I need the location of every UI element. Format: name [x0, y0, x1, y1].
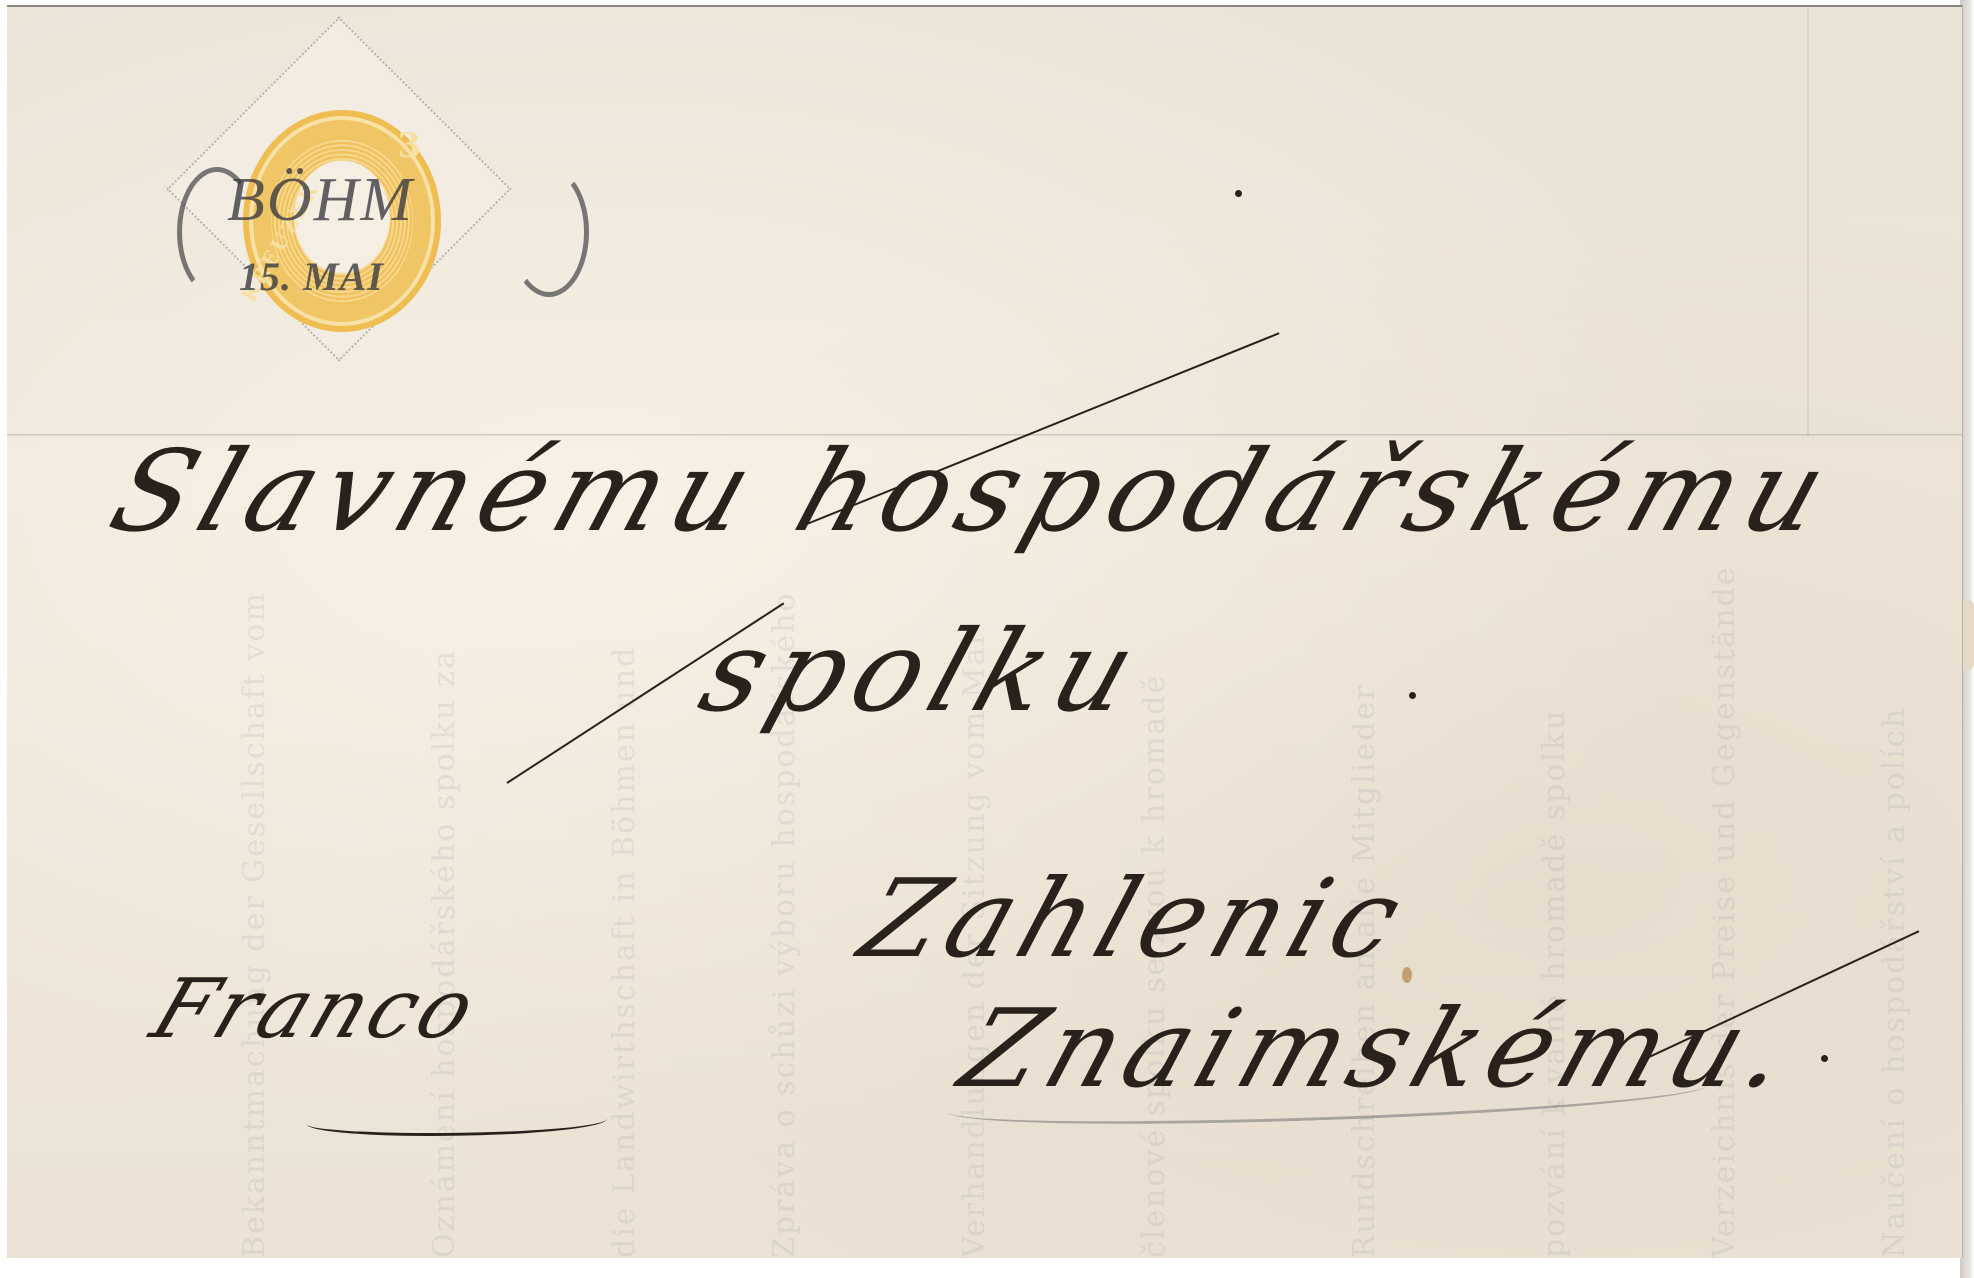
franco-flourish	[307, 1107, 607, 1136]
showthrough-column: Naučení o hospodářství a polích	[1877, 7, 1911, 1258]
ink-speck	[1235, 190, 1242, 197]
ink-period	[1821, 1055, 1828, 1062]
ink-speck	[1409, 692, 1416, 699]
postmark-date: 15. MAI	[239, 253, 384, 300]
postmark-town: BÖHM	[227, 165, 414, 236]
postmark-flourish-right	[509, 167, 589, 297]
address-line-1: Slavnému hospodářskému	[96, 427, 1851, 557]
showthrough-column: die Landwirthschaft in Böhmen und	[607, 7, 641, 1258]
letter-sheet: Bekanntmachung der Gesellschaft vom Ozná…	[7, 5, 1962, 1258]
address-line-2: spolku	[686, 607, 1161, 737]
franco-annotation: Franco	[140, 962, 492, 1057]
paper-stain	[1402, 967, 1412, 983]
postmark-cancellation: BÖHM 15. MAI	[187, 147, 567, 327]
address-line-3: Zahlenic	[847, 857, 1424, 982]
vertical-fold-line	[1807, 7, 1809, 437]
